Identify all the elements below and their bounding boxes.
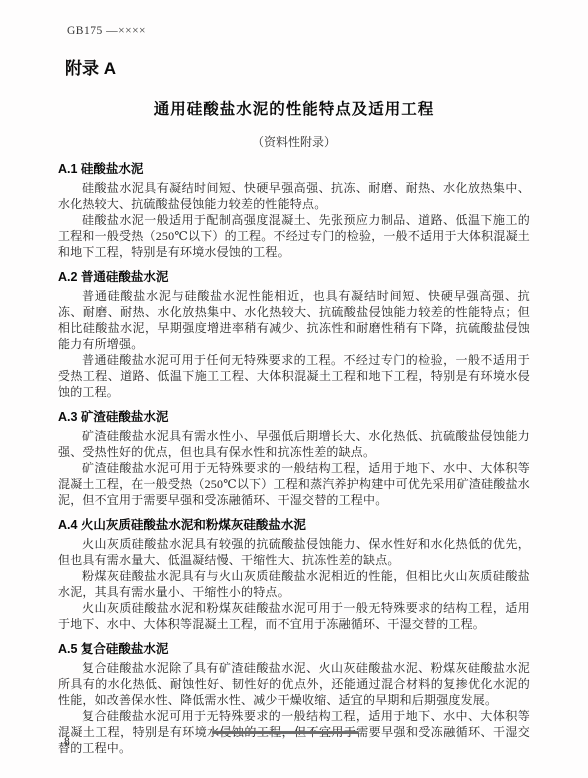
section-heading: A.2 普通硅酸盐水泥 — [58, 269, 530, 286]
section: A.4 火山灰质硅酸盐水泥和粉煤灰硅酸盐水泥 火山灰质硅酸盐水泥具有较强的抗硫酸… — [58, 517, 530, 632]
section: A.1 硅酸盐水泥 硅酸盐水泥具有凝结时间短、快硬早强高强、抗冻、耐磨、耐热、水… — [58, 161, 530, 260]
paragraph: 普通硅酸盐水泥可用于任何无特殊要求的工程。不经过专门的检验，一般不适用于受热工程… — [58, 352, 530, 400]
page-subtitle: （资料性附录） — [58, 134, 530, 150]
paragraph: 火山灰质硅酸盐水泥和粉煤灰硅酸盐水泥可用于一般无特殊要求的结构工程，适用于地下、… — [58, 600, 530, 632]
section-heading: A.3 矿渣硅酸盐水泥 — [58, 409, 530, 426]
paragraph: 复合硅酸盐水泥除了具有矿渣硅酸盐水泥、火山灰硅酸盐水泥、粉煤灰硅酸盐水泥所具有的… — [58, 660, 530, 708]
section-heading: A.5 复合硅酸盐水泥 — [58, 641, 530, 658]
page-number: 8 — [64, 736, 70, 748]
page-content: GB175 —×××× 附录 A 通用硅酸盐水泥的性能特点及适用工程 （资料性附… — [0, 0, 588, 756]
paragraph: 粉煤灰硅酸盐水泥具有与火山灰质硅酸盐水泥相近的性能，但相比火山灰质硅酸盐水泥，其… — [58, 568, 530, 600]
paragraph: 矿渣硅酸盐水泥具有需水性小、早强低后期增长大、水化热低、抗硫酸盐侵蚀能力强、受热… — [58, 428, 530, 460]
sections-container: A.1 硅酸盐水泥 硅酸盐水泥具有凝结时间短、快硬早强高强、抗冻、耐磨、耐热、水… — [58, 161, 530, 756]
section: A.2 普通硅酸盐水泥 普通硅酸盐水泥与硅酸盐水泥性能相近，也具有凝结时间短、快… — [58, 269, 530, 400]
section-heading: A.4 火山灰质硅酸盐水泥和粉煤灰硅酸盐水泥 — [58, 517, 530, 534]
standard-number: GB175 —×××× — [67, 24, 530, 39]
section: A.5 复合硅酸盐水泥 复合硅酸盐水泥除了具有矿渣硅酸盐水泥、火山灰硅酸盐水泥、… — [58, 641, 530, 756]
paragraph: 矿渣硅酸盐水泥可用于无特殊要求的一般结构工程，适用于地下、水中、大体积等混凝土工… — [58, 460, 530, 508]
paragraph: 硅酸盐水泥具有凝结时间短、快硬早强高强、抗冻、耐磨、耐热、水化放热集中、水化热较… — [58, 180, 530, 212]
section-heading: A.1 硅酸盐水泥 — [58, 161, 530, 178]
section: A.3 矿渣硅酸盐水泥 矿渣硅酸盐水泥具有需水性小、早强低后期增长大、水化热低、… — [58, 409, 530, 508]
paragraph: 火山灰质硅酸盐水泥具有较强的抗硫酸盐侵蚀能力、保水性好和水化热低的优先，但也具有… — [58, 536, 530, 568]
page-title: 通用硅酸盐水泥的性能特点及适用工程 — [58, 100, 530, 120]
document-page: GB175 —×××× 附录 A 通用硅酸盐水泥的性能特点及适用工程 （资料性附… — [0, 0, 588, 778]
paragraph: 普通硅酸盐水泥与硅酸盐水泥性能相近，也具有凝结时间短、快硬早强高强、抗冻、耐磨、… — [58, 288, 530, 352]
footer-divider-bar — [212, 731, 359, 734]
paragraph: 硅酸盐水泥一般适用于配制高强度混凝土、先张预应力制品、道路、低温下施工的工程和一… — [58, 212, 530, 260]
appendix-label: 附录 A — [65, 58, 530, 80]
